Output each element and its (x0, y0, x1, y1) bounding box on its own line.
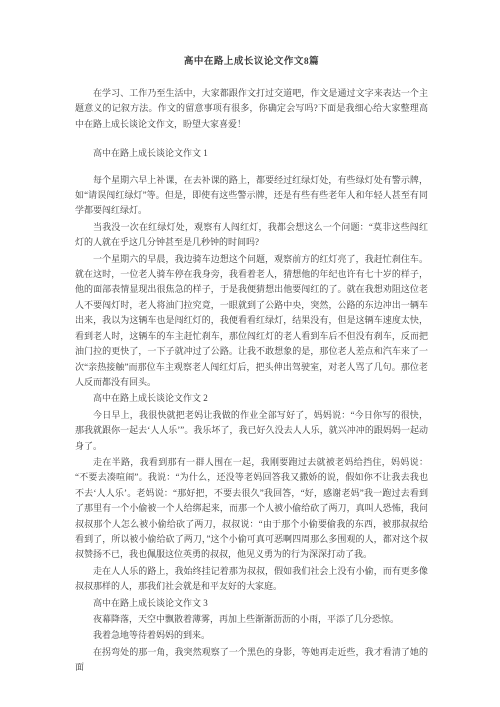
section-1-heading: 高中在路上成长谈论文作文 1 (75, 146, 428, 161)
section-3-paragraph-2: 我着急地等待着妈妈的到来。 (75, 628, 428, 643)
document-title: 高中在路上成长议论文作文8篇 (75, 55, 428, 70)
section-2-heading: 高中在路上成长谈论文作文 2 (75, 391, 428, 406)
section-3-paragraph-3: 在拐弯处的那一角，我突然观察了一个黑色的身影，等她再走近些，我才看清了她的面 (75, 645, 428, 676)
section-2-paragraph-1: 今日早上，我很快就把老妈让我做的作业全部写好了，妈妈说：“今日你写的很快，那我就… (75, 408, 428, 454)
document-page: 高中在路上成长议论文作文8篇 在学习、工作乃至生活中，大家都跟作文打过交道吧，作… (0, 0, 500, 707)
section-1-paragraph-2: 当我没一次在红绿灯处，观察有人闯红灯，我都会想这么一个问题：“莫非这些闯红灯的人… (75, 220, 428, 251)
section-3-heading: 高中在路上成长谈论文作文 3 (75, 596, 428, 611)
section-2-paragraph-3: 走在人人乐的路上，我始终挂记着那为叔叔，假如我们社会上没有小偷，而有更多像叔叔那… (75, 564, 428, 595)
section-2-paragraph-2: 走在半路，我看到那有一群人围在一起，我刚要跑过去就被老妈给挡住，妈妈说：“不要去… (75, 455, 428, 563)
section-1-paragraph-3: 一个星期六的早晨，我边骑车边想这个问题，观察前方的红灯亮了，我赶忙刹住车。就在这… (75, 252, 428, 391)
section-1-paragraph-1: 每个星期六早上补课，在去补课的路上，都要经过红绿灯处，有些绿灯处有警示牌，如“请… (75, 173, 428, 219)
intro-paragraph: 在学习、工作乃至生活中，大家都跟作文打过交道吧，作文是通过文字来表达一个主题意义… (75, 86, 428, 132)
section-3-paragraph-1: 夜幕降落，天空中飘散着薄雾，再加上些渐渐沥沥的小雨，平添了几分恐惊。 (75, 612, 428, 627)
